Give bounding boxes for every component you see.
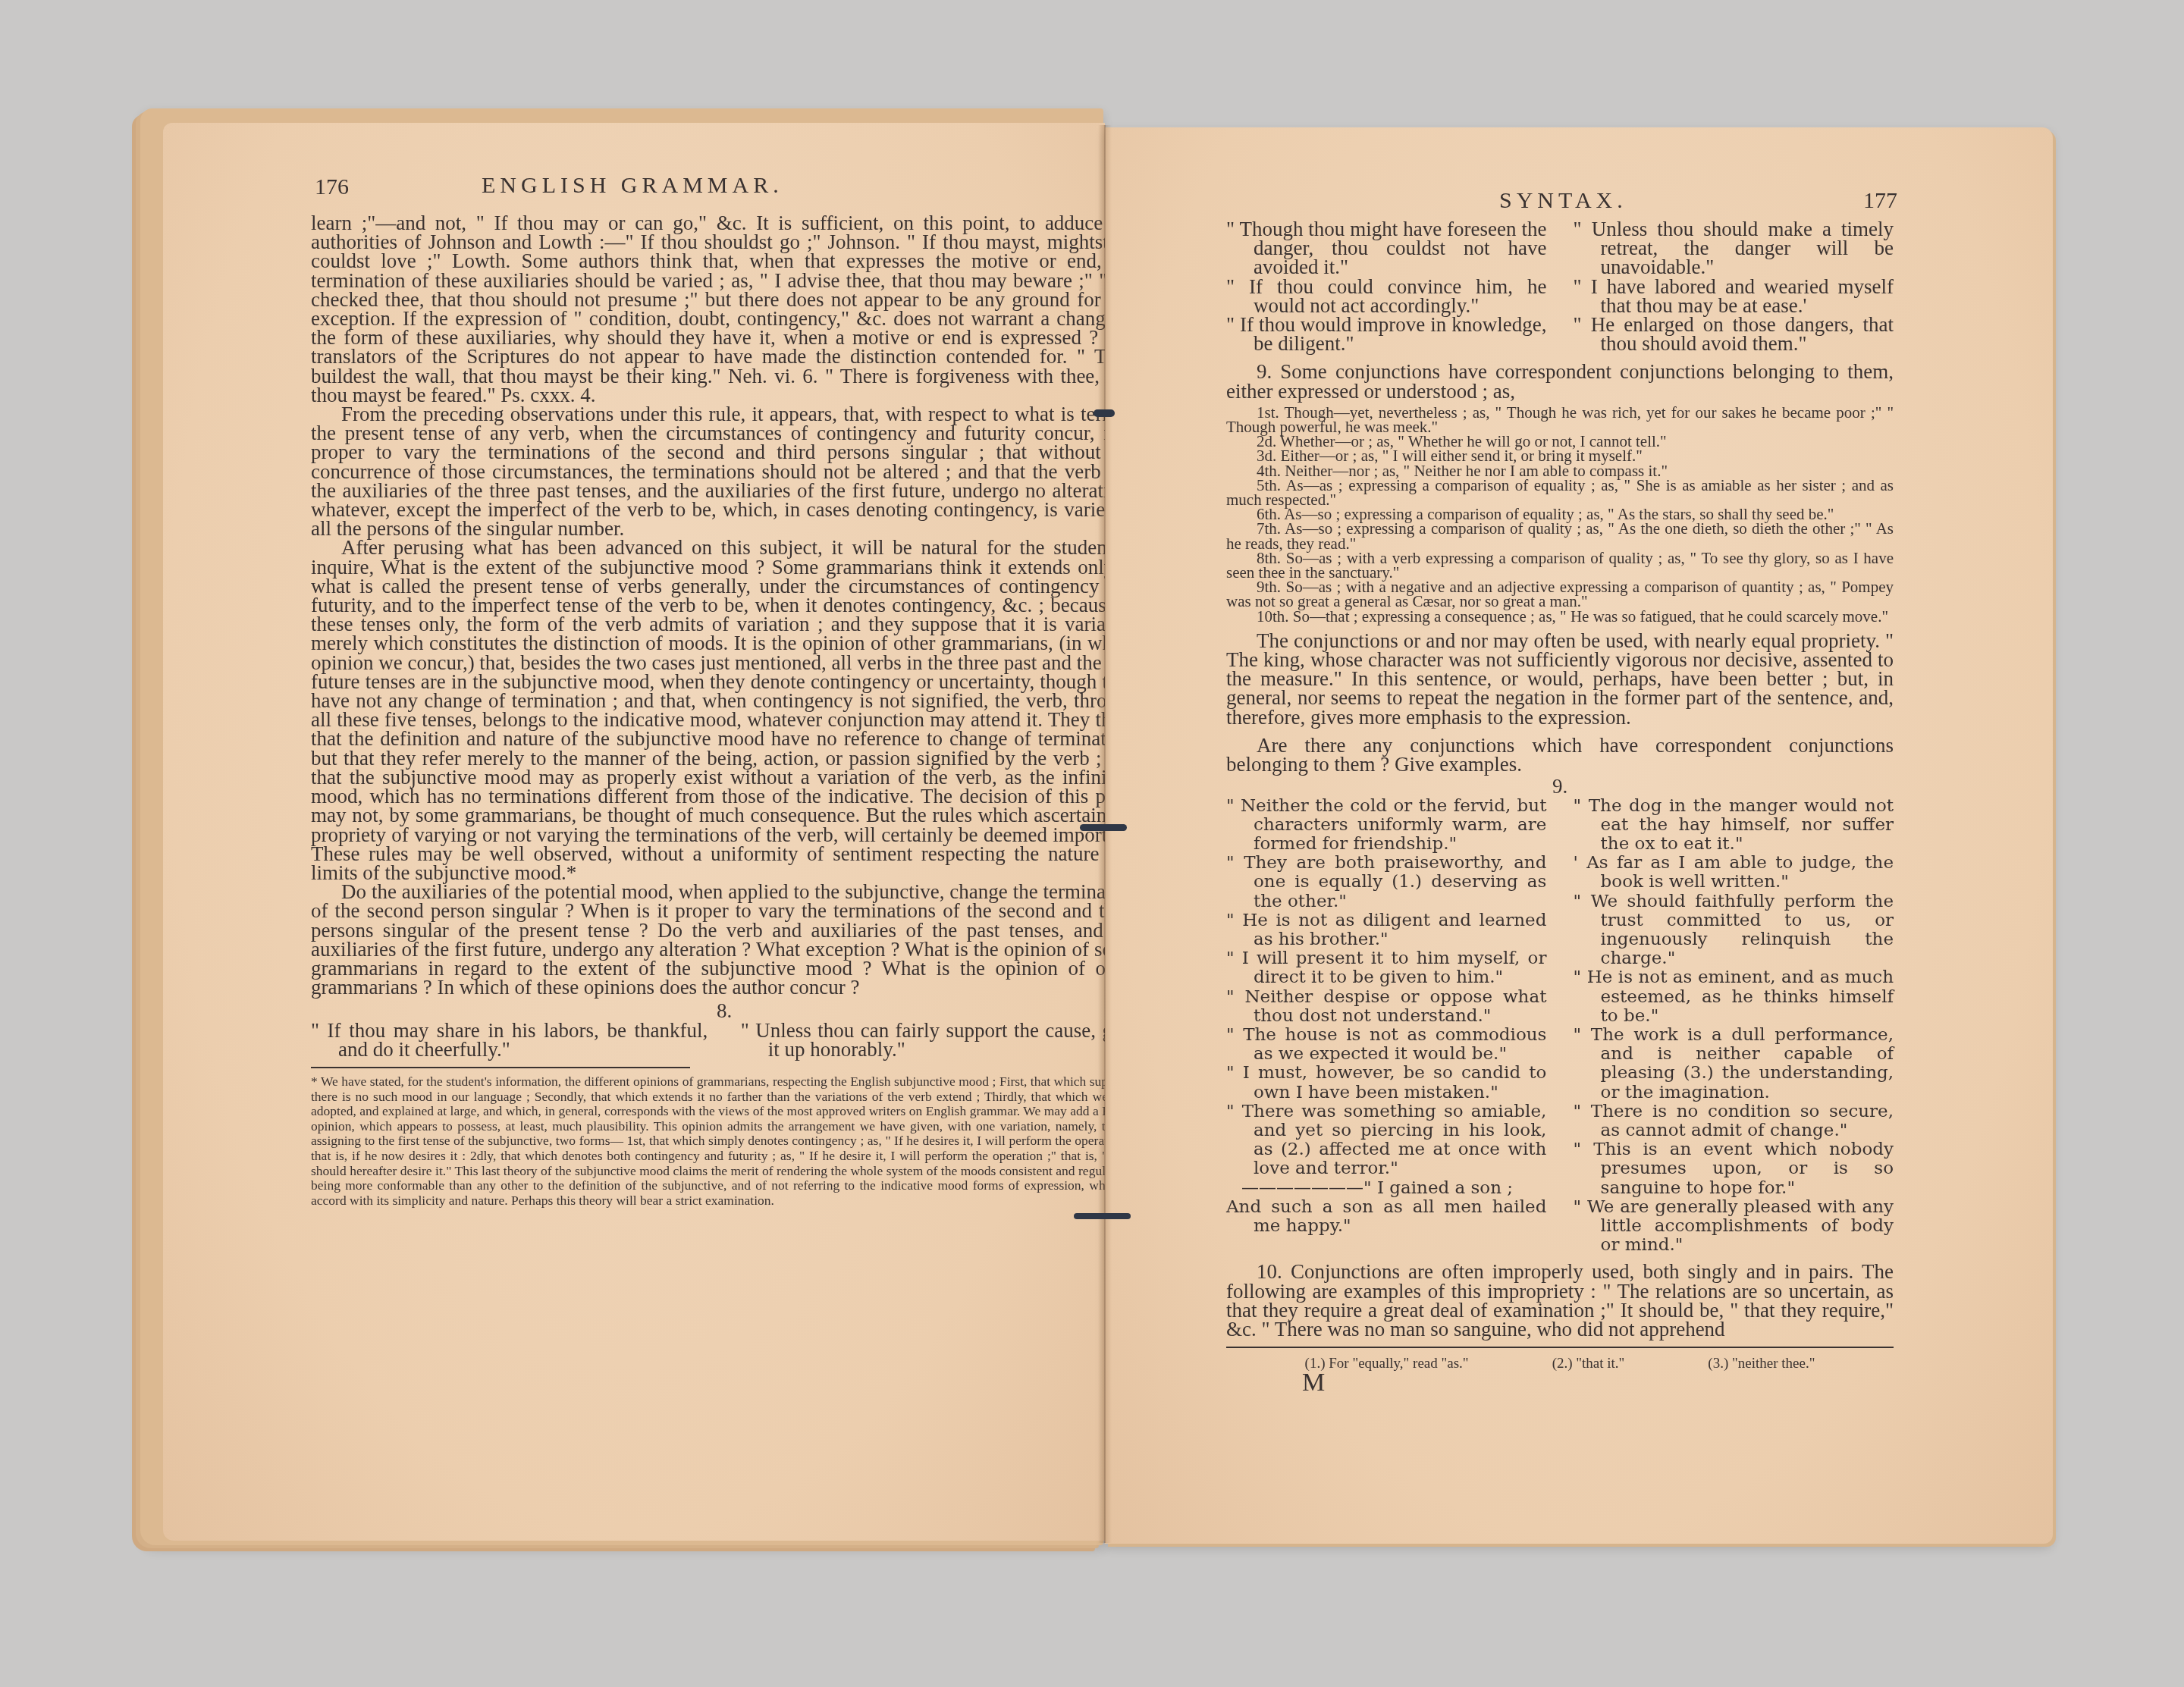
exercise-sentence: " I have labored and wearied myself that…	[1574, 278, 1894, 315]
rule-9-item: 8th. So—as ; with a verb expressing a co…	[1226, 551, 1894, 580]
left-page: 176 ENGLISH GRAMMAR. learn ;"—and not, "…	[163, 123, 1105, 1541]
review-question: Are there any conjunctions which have co…	[1226, 736, 1894, 774]
exercise-sentence: " He is not as eminent, and as much este…	[1574, 968, 1894, 1026]
paragraph: From the preceding observations under th…	[311, 405, 1137, 538]
rule-9-item: 1st. Though—yet, nevertheless ; as, " Th…	[1226, 406, 1894, 434]
exercise-sentence: " The house is not as commodious as we e…	[1226, 1026, 1546, 1064]
paragraph: learn ;"—and not, " If thou may or can g…	[311, 214, 1137, 405]
or-nor-paragraph: The conjunctions or and nor may often be…	[1226, 632, 1894, 727]
spine-gutter	[1098, 125, 1112, 1543]
open-book-spread: 176 ENGLISH GRAMMAR. learn ;"—and not, "…	[0, 0, 2184, 1687]
running-head: SYNTAX.	[1499, 188, 1627, 214]
binding-stitch	[1080, 824, 1127, 831]
exercise-list-continued: " Though thou might have foreseen the da…	[1226, 220, 1894, 353]
exercise-sentence: " If thou would improve in knowledge, be…	[1226, 315, 1546, 353]
exercise-sentence: " There was something so amiable, and ye…	[1226, 1102, 1546, 1179]
rule-10: 10. Conjunctions are often improperly us…	[1226, 1262, 1894, 1339]
footnote: (1.) For "equally," read "as."	[1305, 1354, 1469, 1373]
exercise-sentence: " He is not as diligent and learned as h…	[1226, 911, 1546, 949]
exercise-sentence: " There is no condition so secure, as ca…	[1574, 1102, 1894, 1140]
footnote: (3.) "neither thee."	[1708, 1354, 1815, 1373]
exercise-sentence: " We should faithfully perform the trust…	[1574, 892, 1894, 969]
rule-9-item: 7th. As—so ; expressing a comparison of …	[1226, 522, 1894, 550]
exercise-sentence: " Unless thou can fairly support the cau…	[741, 1021, 1137, 1059]
exercise-sentence: " If thou may share in his labors, be th…	[311, 1021, 708, 1059]
footnote-rule	[311, 1067, 690, 1068]
running-head: ENGLISH GRAMMAR.	[482, 173, 783, 199]
rule-9-item: 9th. So—as ; with a negative and an adje…	[1226, 580, 1894, 609]
exercise-sentence: " He enlarged on those dangers, that tho…	[1574, 315, 1894, 353]
rule-9-item: 10th. So—that ; expressing a consequence…	[1226, 610, 1894, 624]
exercise-sentence: " Unless thou should make a timely retre…	[1574, 220, 1894, 278]
exercise-sentence: " The work is a dull performance, and is…	[1574, 1026, 1894, 1102]
binding-stitch	[1094, 409, 1115, 417]
exercise-sentence: " I must, however, be so candid to own I…	[1226, 1064, 1546, 1102]
exercise-sentence: " I will present it to him myself, or di…	[1226, 949, 1546, 987]
exercise-sentence: " We are generally pleased with any litt…	[1574, 1198, 1894, 1256]
rule-9-list: 1st. Though—yet, nevertheless ; as, " Th…	[1226, 406, 1894, 624]
exercise-sentence: " If thou could convince him, he would n…	[1226, 278, 1546, 315]
exercise-sentence: " Though thou might have foreseen the da…	[1226, 220, 1546, 278]
verse-line: And such a son as all men hailed me happ…	[1226, 1198, 1546, 1236]
footnote-rule	[1226, 1347, 1894, 1348]
exercise-sentence: ' As far as I am able to judge, the book…	[1574, 854, 1894, 892]
right-body: " Though thou might have foreseen the da…	[1226, 220, 1894, 1393]
exercise-sentence: " Neither despise or oppose what thou do…	[1226, 988, 1546, 1026]
review-questions: Do the auxiliaries of the potential mood…	[311, 883, 1137, 997]
exercise-sentence: " This is an event which nobody presumes…	[1574, 1140, 1894, 1198]
rule-9-item: 5th. As—as ; expressing a comparison of …	[1226, 478, 1894, 507]
left-body: learn ;"—and not, " If thou may or can g…	[311, 214, 1137, 1208]
exercise-number: 9.	[1226, 777, 1894, 796]
exercise-list-9: " Neither the cold or the fervid, but ch…	[1226, 797, 1894, 1256]
footnote: (2.) "that it."	[1552, 1354, 1625, 1373]
binding-stitch	[1074, 1213, 1131, 1219]
paragraph: After perusing what has been advanced on…	[311, 538, 1137, 883]
signature-mark: M	[1302, 1373, 1894, 1392]
verse-line: ———————" I gained a son ;	[1226, 1179, 1546, 1198]
page-number: 177	[1863, 188, 1897, 214]
page-number: 176	[315, 174, 349, 200]
footnote: * We have stated, for the student's info…	[311, 1074, 1137, 1208]
footnotes: (1.) For "equally," read "as." (2.) "tha…	[1226, 1354, 1894, 1373]
exercise-list: " If thou may share in his labors, be th…	[311, 1021, 1137, 1059]
exercise-sentence: " They are both praiseworthy, and one is…	[1226, 854, 1546, 911]
rule-9: 9. Some conjunctions have correspondent …	[1226, 362, 1894, 400]
right-page: SYNTAX. 177 " Though thou might have for…	[1105, 127, 2053, 1544]
exercise-sentence: " Neither the cold or the fervid, but ch…	[1226, 797, 1546, 854]
exercise-number: 8.	[311, 1002, 1137, 1021]
exercise-sentence: " The dog in the manger would not eat th…	[1574, 797, 1894, 854]
